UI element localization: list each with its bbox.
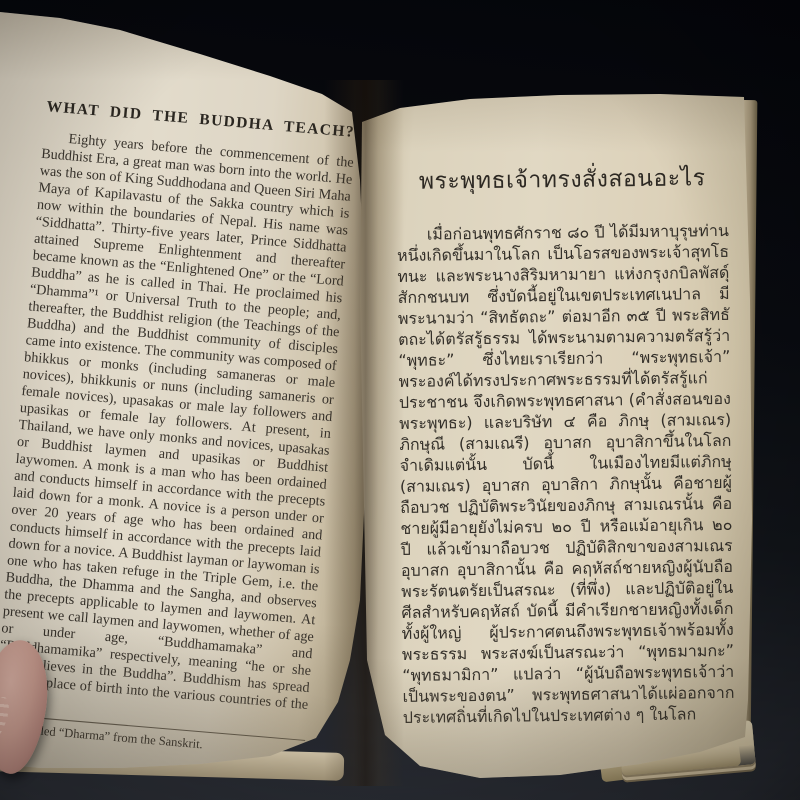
- left-page-text-block: WHAT DID THE BUDDHA TEACH? Eighty years …: [0, 98, 357, 761]
- right-page: พระพุทธเจ้าทรงสั่งสอนอะไร เมื่อก่อนพุทธศ…: [352, 88, 760, 800]
- right-page-text-block: พระพุทธเจ้าทรงสั่งสอนอะไร เมื่อก่อนพุทธศ…: [396, 160, 735, 728]
- right-page-title: พระพุทธเจ้าทรงสั่งสอนอะไร: [396, 160, 728, 200]
- left-page: WHAT DID THE BUDDHA TEACH? Eighty years …: [0, 0, 372, 800]
- left-page-body: Eighty years before the commencement of …: [0, 129, 354, 731]
- book-photo: WHAT DID THE BUDDHA TEACH? Eighty years …: [0, 0, 800, 800]
- right-page-body: เมื่อก่อนพุทธศักราช ๘๐ ปี ได้มีมหาบุรุษท…: [397, 220, 735, 728]
